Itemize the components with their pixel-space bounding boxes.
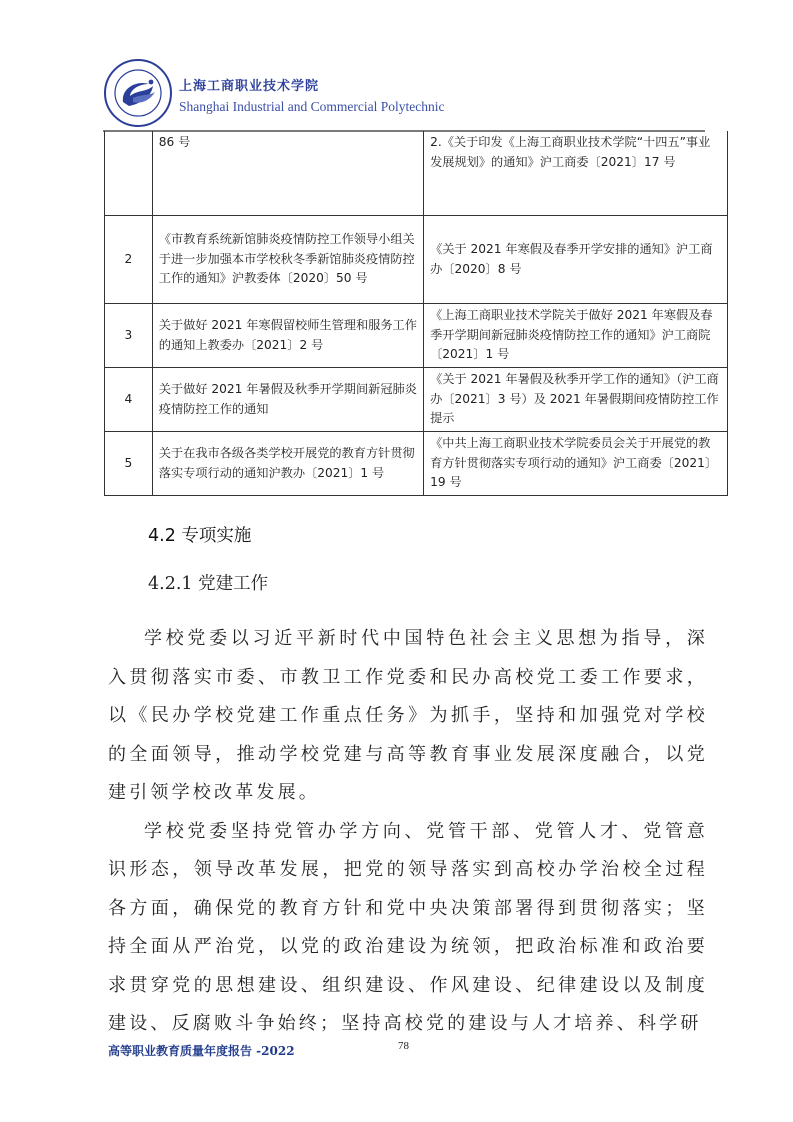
school-document: 《关于 2021 年暑假及秋季开学工作的通知》（沪工商办〔2021〕3 号）及 … [424,368,728,432]
table-row: 86 号 2.《关于印发《上海工商职业技术学院“十四五”事业发展规划》的通知》沪… [105,131,728,216]
row-number: 3 [105,304,153,368]
school-name-cn: 上海工商职业技术学院 [179,77,444,97]
body-text: 学校党委以习近平新时代中国特色社会主义思想为指导，深入贯彻落实市委、市教卫工作党… [108,620,708,1044]
school-name-en: Shanghai Industrial and Commercial Polyt… [179,97,444,117]
table-row: 5 关于在我市各级各类学校开展党的教育方针贯彻落实专项行动的通知沪教办〔2021… [105,432,728,496]
higher-level-document: 《市教育系统新馆肺炎疫情防控工作领导小组关于进一步加强本市学校秋冬季新馆肺炎疫情… [152,216,423,304]
higher-level-document: 关于做好 2021 年暑假及秋季开学期间新冠肺炎疫情防控工作的通知 [152,368,423,432]
row-number [105,131,153,216]
footer-report-title: 高等职业教育质量年度报告 -2022 [108,1042,295,1059]
school-document: 《上海工商职业技术学院关于做好 2021 年寒假及春季开学期间新冠肺炎疫情防控工… [424,304,728,368]
paragraph: 学校党委以习近平新时代中国特色社会主义思想为指导，深入贯彻落实市委、市教卫工作党… [108,620,708,813]
row-number: 4 [105,368,153,432]
paragraph: 学校党委坚持党管办学方向、党管干部、党管人才、党管意识形态，领导改革发展，把党的… [108,813,708,1044]
table-row: 3 关于做好 2021 年寒假留校师生管理和服务工作的通知上教委办〔2021〕2… [105,304,728,368]
row-number: 2 [105,216,153,304]
school-document: 2.《关于印发《上海工商职业技术学院“十四五”事业发展规划》的通知》沪工商委〔2… [424,131,728,216]
policy-documents-table: 86 号 2.《关于印发《上海工商职业技术学院“十四五”事业发展规划》的通知》沪… [104,131,728,496]
higher-level-document: 86 号 [152,131,423,216]
section-heading: 4.2 专项实施 [148,522,251,547]
page-number: 78 [398,1040,409,1052]
school-emblem-icon [103,58,173,128]
table-row: 2 《市教育系统新馆肺炎疫情防控工作领导小组关于进一步加强本市学校秋冬季新馆肺炎… [105,216,728,304]
row-number: 5 [105,432,153,496]
higher-level-document: 关于在我市各级各类学校开展党的教育方针贯彻落实专项行动的通知沪教办〔2021〕1… [152,432,423,496]
school-document: 《关于 2021 年寒假及春季开学安排的通知》沪工商办〔2020〕8 号 [424,216,728,304]
higher-level-document: 关于做好 2021 年寒假留校师生管理和服务工作的通知上教委办〔2021〕2 号 [152,304,423,368]
page-header: 上海工商职业技术学院 Shanghai Industrial and Comme… [103,55,444,130]
school-document: 《中共上海工商职业技术学院委员会关于开展党的教育方针贯彻落实专项行动的通知》沪工… [424,432,728,496]
subsection-heading: 4.2.1 党建工作 [148,570,268,595]
table-row: 4 关于做好 2021 年暑假及秋季开学期间新冠肺炎疫情防控工作的通知 《关于 … [105,368,728,432]
